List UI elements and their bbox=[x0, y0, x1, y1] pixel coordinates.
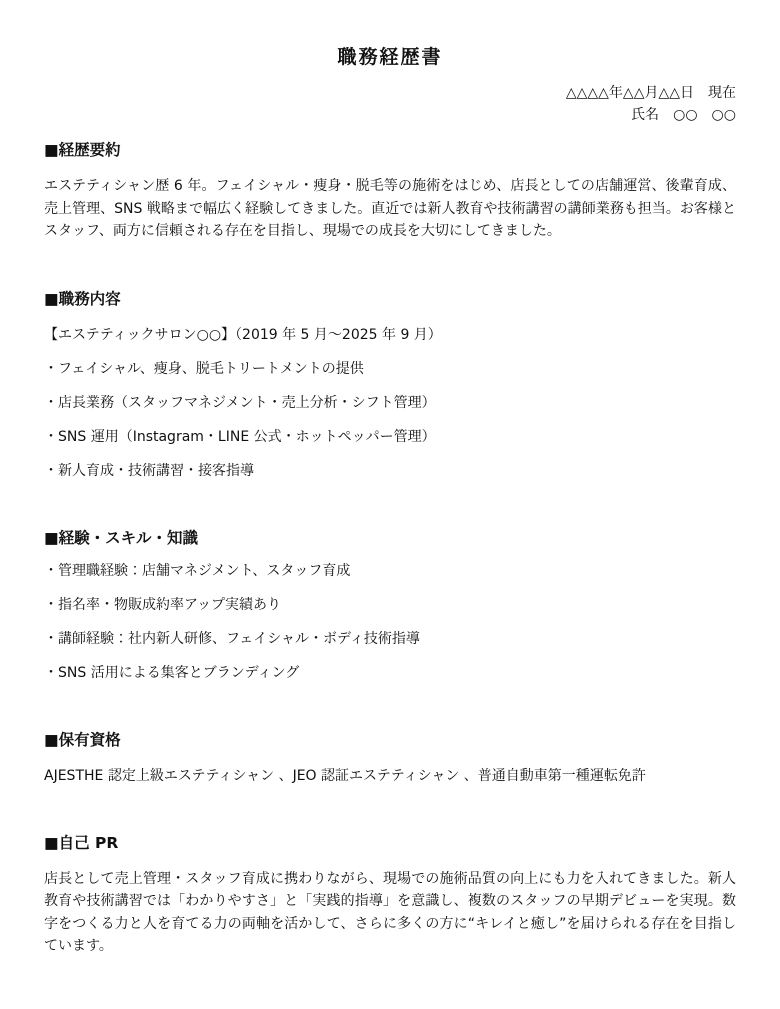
company-period-line: 【エステティックサロン○○】（2019 年 5 月～2025 年 9 月） bbox=[44, 324, 736, 346]
list-item: ・SNS 運用（Instagram・LINE 公式・ホットペッパー管理） bbox=[44, 426, 736, 448]
list-item: ・講師経験：社内新人研修、フェイシャル・ボディ技術指導 bbox=[44, 628, 736, 650]
skills-list: ・管理職経験：店舗マネジメント、スタッフ育成 ・指名率・物販成約率アップ実績あり… bbox=[44, 560, 736, 684]
qualifications-line: AJESTHE 認定上級エステティシャン 、JEO 認証エステティシャン 、普通… bbox=[44, 765, 736, 787]
list-item: ・新人育成・技術講習・接客指導 bbox=[44, 460, 736, 482]
section-heading-career-summary: ■経歴要約 bbox=[44, 140, 736, 160]
list-item: ・フェイシャル、痩身、脱毛トリートメントの提供 bbox=[44, 358, 736, 380]
name-line: 氏名 ○○ ○○ bbox=[44, 104, 736, 126]
career-summary-paragraph: エステティシャン歴 6 年。フェイシャル・痩身・脱毛等の施術をはじめ、店長として… bbox=[44, 175, 736, 243]
job-duties-list: ・フェイシャル、痩身、脱毛トリートメントの提供 ・店長業務（スタッフマネジメント… bbox=[44, 358, 736, 482]
list-item: ・管理職経験：店舗マネジメント、スタッフ育成 bbox=[44, 560, 736, 582]
list-item: ・SNS 活用による集客とブランディング bbox=[44, 662, 736, 684]
resume-document: 職務経歴書 △△△△年△△月△△日 現在 氏名 ○○ ○○ ■経歴要約 エステテ… bbox=[0, 0, 780, 1009]
section-career-summary: ■経歴要約 エステティシャン歴 6 年。フェイシャル・痩身・脱毛等の施術をはじめ… bbox=[44, 140, 736, 243]
section-skills: ■経験・スキル・知識 ・管理職経験：店舗マネジメント、スタッフ育成 ・指名率・物… bbox=[44, 528, 736, 684]
section-qualifications: ■保有資格 AJESTHE 認定上級エステティシャン 、JEO 認証エステティシ… bbox=[44, 730, 736, 787]
section-job-duties: ■職務内容 【エステティックサロン○○】（2019 年 5 月～2025 年 9… bbox=[44, 289, 736, 482]
header-meta: △△△△年△△月△△日 現在 氏名 ○○ ○○ bbox=[44, 82, 736, 126]
section-heading-self-pr: ■自己 PR bbox=[44, 833, 736, 853]
section-heading-skills: ■経験・スキル・知識 bbox=[44, 528, 736, 548]
page-title: 職務経歴書 bbox=[44, 44, 736, 70]
self-pr-paragraph: 店長として売上管理・スタッフ育成に携わりながら、現場での施術品質の向上にも力を入… bbox=[44, 868, 736, 958]
section-self-pr: ■自己 PR 店長として売上管理・スタッフ育成に携わりながら、現場での施術品質の… bbox=[44, 833, 736, 958]
list-item: ・店長業務（スタッフマネジメント・売上分析・シフト管理） bbox=[44, 392, 736, 414]
section-heading-qualifications: ■保有資格 bbox=[44, 730, 736, 750]
section-heading-job-duties: ■職務内容 bbox=[44, 289, 736, 309]
date-line: △△△△年△△月△△日 現在 bbox=[44, 82, 736, 104]
list-item: ・指名率・物販成約率アップ実績あり bbox=[44, 594, 736, 616]
